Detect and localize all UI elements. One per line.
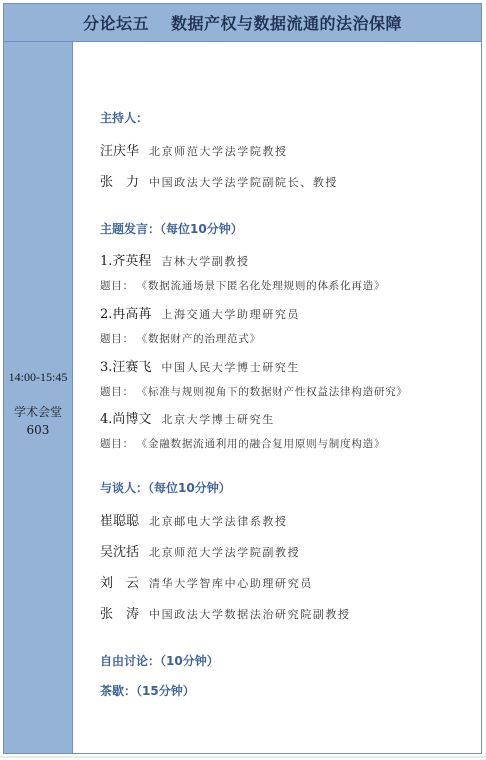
speaker-row: 4.尚博文北京大学博士研究生 (100, 408, 275, 427)
discussant-row: 刘 云清华大学智库中心助理研究员 (100, 572, 313, 591)
page-divider (0, 756, 486, 758)
host-row: 张 力中国政法大学法学院副院长、教授 (100, 171, 338, 190)
discussant-affiliation: 中国政法大学数据法治研究院副教授 (149, 608, 351, 621)
host-name: 张 力 (100, 171, 139, 190)
speaker-row: 1.齐英程吉林大学副教授 (100, 250, 250, 269)
forum-header: 分论坛五数据产权与数据流通的法治保障 (4, 4, 481, 42)
host-name: 汪庆华 (100, 140, 139, 159)
keynotes-label: 主题发言：（每位10分钟） (100, 220, 243, 237)
topic-row: 题目：《数据流通场景下匿名化处理规则的体系化再造》 (100, 278, 385, 293)
venue-name: 学术会堂 (14, 403, 62, 421)
topic-row: 题目：《标准与规则视角下的数据财产性权益法律构造研究》 (100, 384, 408, 399)
tea-break-label: 茶歇：（15分钟） (100, 682, 195, 699)
topic-title: 《标准与规则视角下的数据财产性权益法律构造研究》 (142, 386, 408, 398)
time-venue-cell: 14:00-15:45 学术会堂 603 (4, 42, 73, 753)
topic-title: 《数据流通场景下匿名化处理规则的体系化再造》 (142, 280, 385, 292)
host-affiliation: 中国政法大学法学院副院长、教授 (149, 176, 338, 189)
speaker-row: 2.冉高苒上海交通大学助理研究员 (100, 303, 300, 322)
speaker-affiliation: 北京大学博士研究生 (161, 413, 274, 426)
discussant-affiliation: 北京师范大学法学院副教授 (149, 546, 300, 559)
speaker-affiliation: 上海交通大学助理研究员 (161, 308, 300, 321)
topic-title: 《数据财产的治理范式》 (142, 333, 261, 345)
speaker-row: 3.汪赛飞中国人民大学博士研究生 (100, 356, 300, 375)
discussant-name: 张 涛 (100, 603, 139, 622)
session-venue: 学术会堂 603 (14, 403, 62, 439)
discussant-row: 崔聪聪北京邮电大学法律系教授 (100, 510, 288, 529)
speaker-name: 3.汪赛飞 (100, 356, 151, 375)
session-time: 14:00-15:45 (9, 370, 68, 385)
speaker-affiliation: 吉林大学副教授 (161, 255, 249, 268)
host-affiliation: 北京师范大学法学院教授 (149, 145, 288, 158)
topic-row: 题目：《金融数据流通利用的融合复用原则与制度构造》 (100, 436, 385, 451)
forum-title: 分论坛五数据产权与数据流通的法治保障 (83, 11, 402, 34)
discussant-name: 刘 云 (100, 572, 139, 591)
forum-label: 分论坛五 (83, 14, 149, 33)
host-row: 汪庆华北京师范大学法学院教授 (100, 140, 288, 159)
schedule-table: 分论坛五数据产权与数据流通的法治保障 14:00-15:45 学术会堂 603 … (3, 3, 482, 754)
discussant-affiliation: 北京邮电大学法律系教授 (149, 515, 288, 528)
speaker-name: 2.冉高苒 (100, 303, 151, 322)
hosts-label: 主持人： (100, 109, 148, 126)
forum-topic: 数据产权与数据流通的法治保障 (171, 14, 402, 33)
discussant-row: 张 涛中国政法大学数据法治研究院副教授 (100, 603, 351, 622)
discussant-affiliation: 清华大学智库中心助理研究员 (149, 577, 313, 590)
speaker-name: 1.齐英程 (100, 250, 151, 269)
discussant-row: 吴沈括北京师范大学法学院副教授 (100, 541, 300, 560)
topic-title: 《金融数据流通利用的融合复用原则与制度构造》 (142, 438, 385, 450)
discussant-name: 吴沈括 (100, 541, 139, 560)
free-discussion-label: 自由讨论：（10分钟） (100, 652, 219, 669)
venue-room: 603 (14, 421, 62, 439)
topic-label: 题目： (100, 438, 134, 450)
topic-label: 题目： (100, 280, 134, 292)
topic-label: 题目： (100, 333, 134, 345)
topic-label: 题目： (100, 386, 134, 398)
discussant-name: 崔聪聪 (100, 510, 139, 529)
speaker-affiliation: 中国人民大学博士研究生 (161, 361, 300, 374)
topic-row: 题目：《数据财产的治理范式》 (100, 331, 261, 346)
discussants-label: 与谈人：（每位10分钟） (100, 479, 231, 496)
speaker-name: 4.尚博文 (100, 408, 151, 427)
